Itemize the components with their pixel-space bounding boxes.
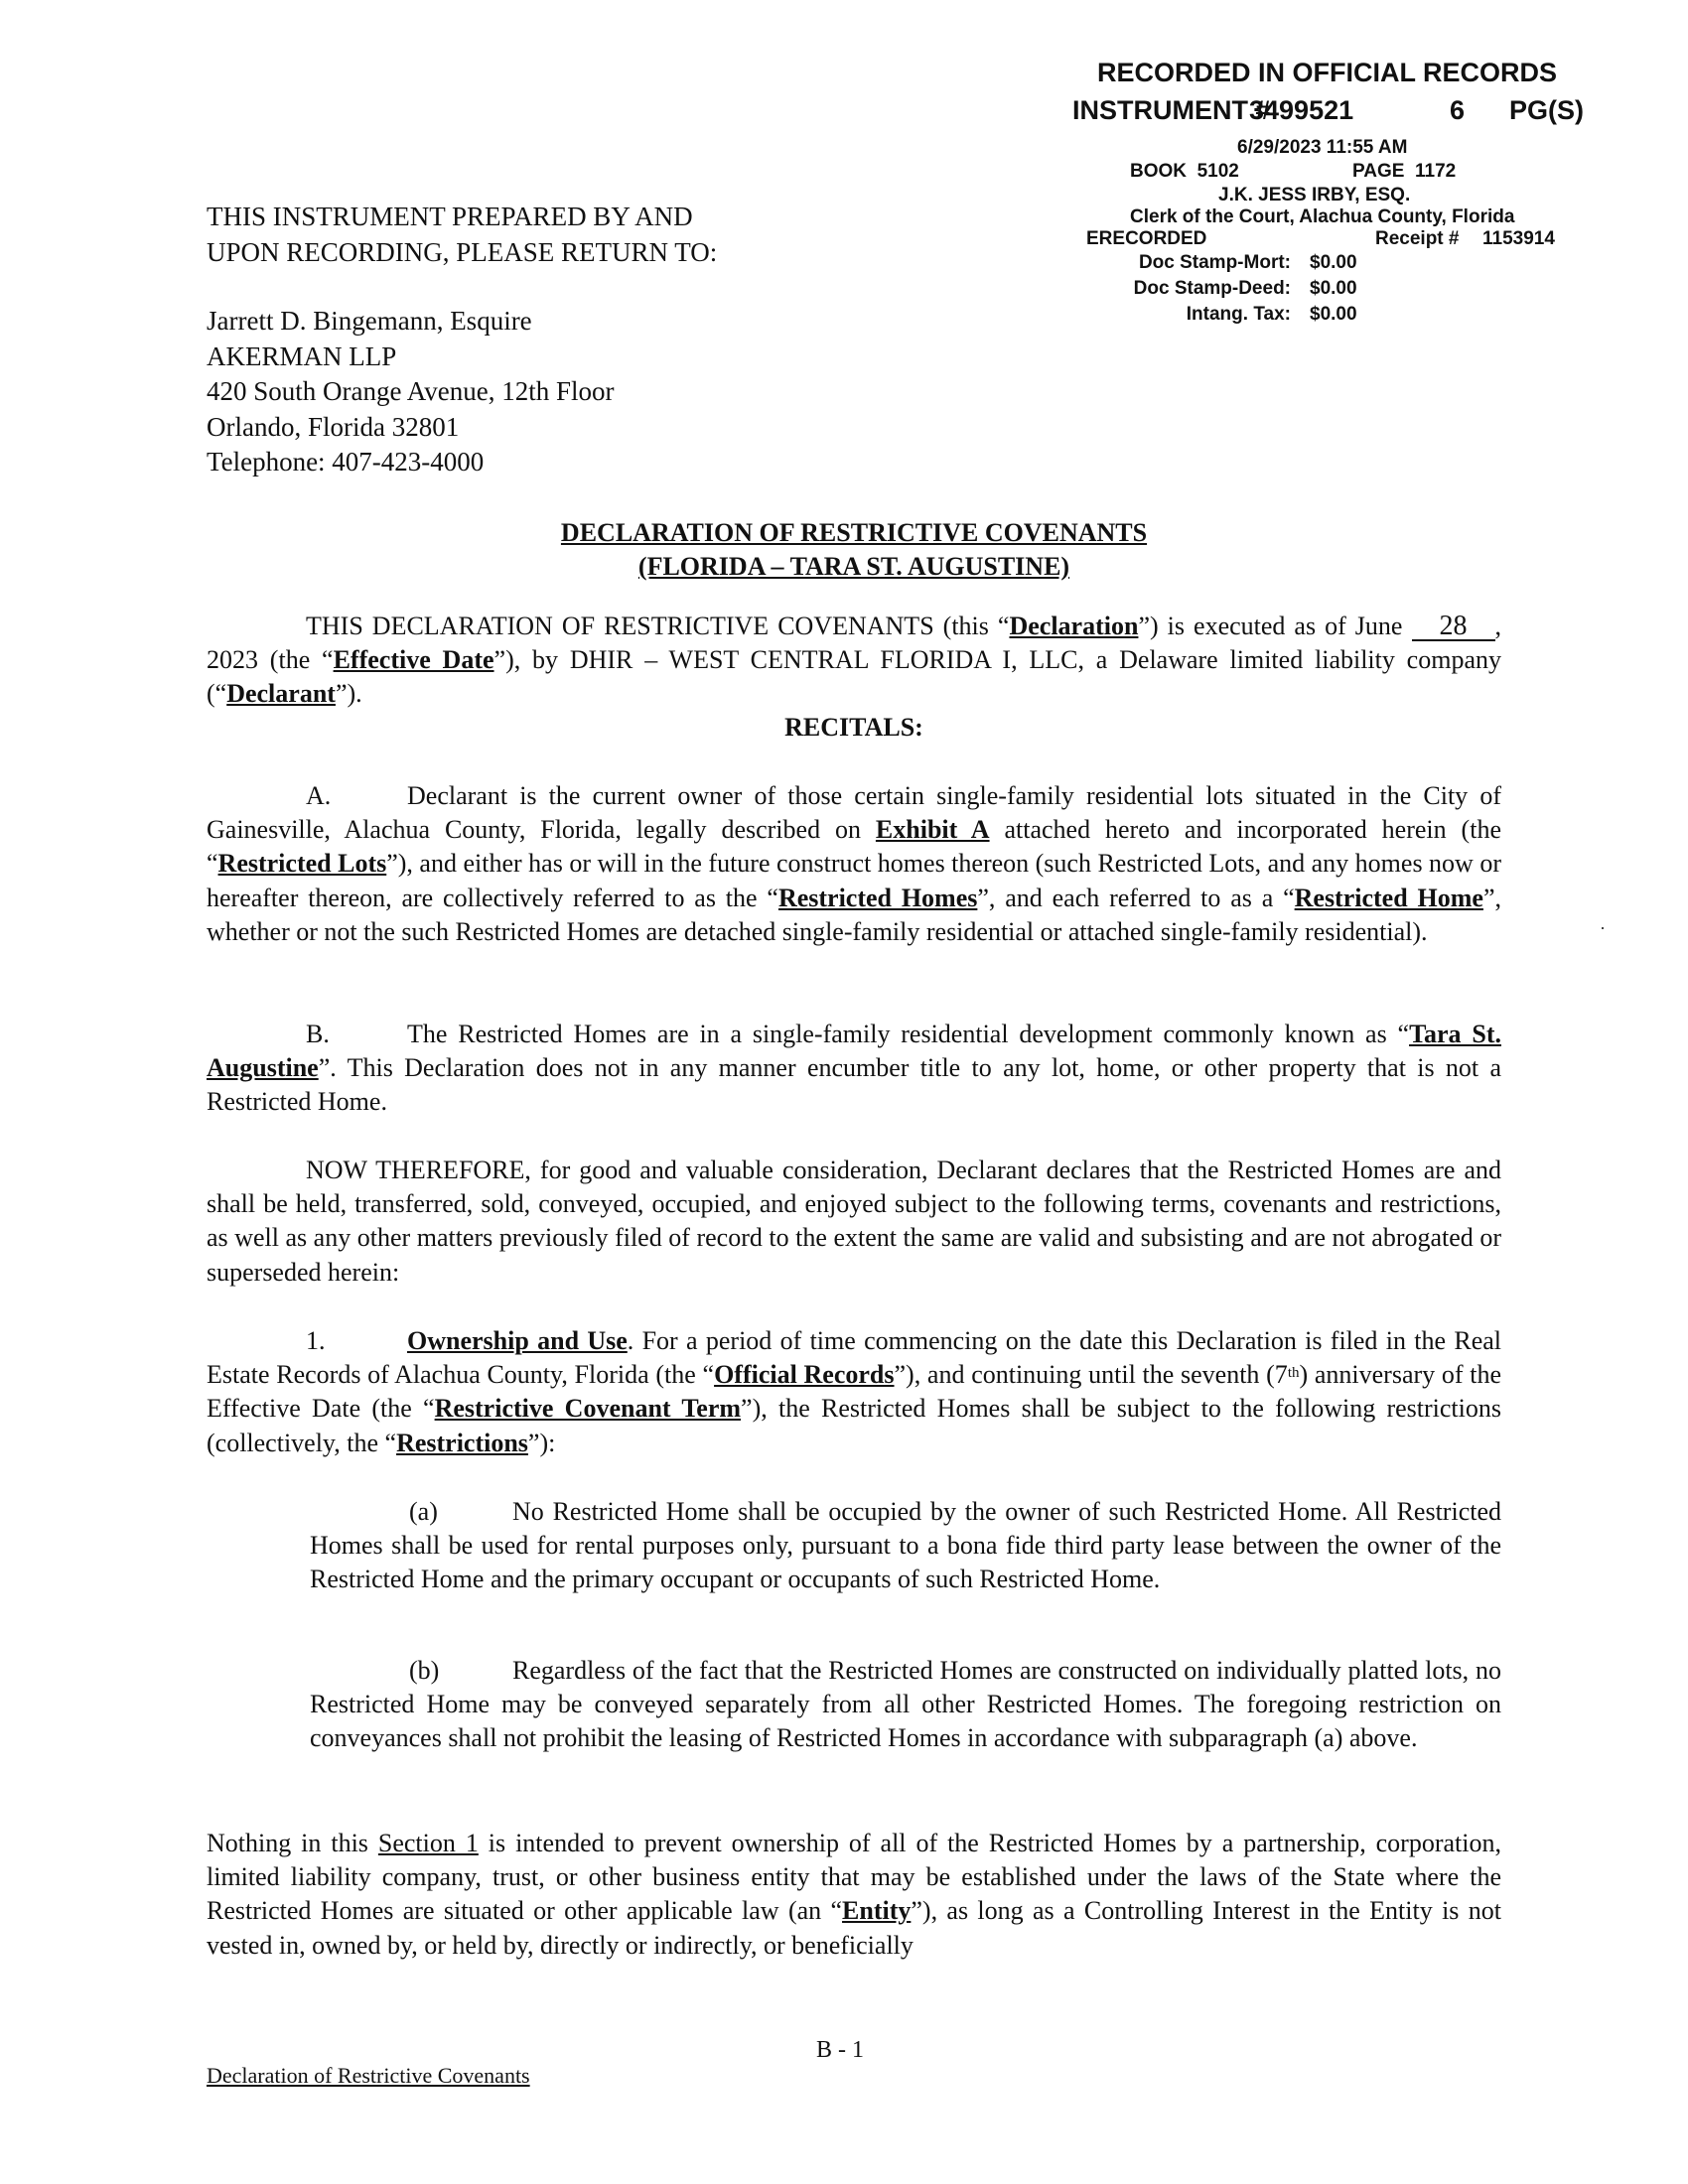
prepared-by-block: THIS INSTRUMENT PREPARED BY AND UPON REC… (207, 199, 717, 270)
instrument-label: INSTRUMENT # (1072, 95, 1271, 125)
effective-day: 28 (1412, 614, 1495, 641)
fee-label: Intang. Tax: (1072, 304, 1291, 326)
now-therefore-paragraph: NOW THEREFORE, for good and valuable con… (207, 1154, 1501, 1290)
fee-label: Doc Stamp-Deed: (1072, 278, 1291, 300)
return-address: Jarrett D. Bingemann, Esquire AKERMAN LL… (207, 304, 614, 480)
book-number: 5102 (1197, 161, 1239, 182)
subparagraph-a: (a)No Restricted Home shall be occupied … (310, 1495, 1501, 1597)
firm-name: AKERMAN LLP (207, 340, 614, 375)
recorded-datetime: 6/29/2023 11:55 AM (1237, 137, 1407, 159)
scan-speck (1602, 927, 1604, 929)
defined-term: Restricted Homes (778, 884, 977, 912)
defined-term: Restricted Home (1295, 884, 1483, 912)
footer-title: Declaration of Restrictive Covenants (207, 2063, 530, 2089)
clerk-name: J.K. JESS IRBY, ESQ. (1218, 185, 1410, 206)
nothing-paragraph: Nothing in this Section 1 is intended to… (207, 1827, 1501, 1963)
subparagraph-b: (b)Regardless of the fact that the Restr… (310, 1654, 1501, 1756)
section-number: 1. (306, 1324, 407, 1358)
subparagraph-label: (a) (409, 1495, 512, 1529)
recital-a: A.Declarant is the current owner of thos… (207, 779, 1501, 949)
recital-label: B. (306, 1018, 407, 1051)
document-title: DECLARATION OF RESTRICTIVE COVENANTS (207, 518, 1501, 548)
section-reference: Section 1 (378, 1829, 479, 1857)
defined-term: Restricted Lots (218, 849, 387, 878)
clerk-title: Clerk of the Court, Alachua County, Flor… (1130, 206, 1514, 228)
document-subtitle: (FLORIDA – TARA ST. AUGUSTINE) (207, 552, 1501, 582)
recital-b: B.The Restricted Homes are in a single-f… (207, 1018, 1501, 1120)
exhibit-reference: Exhibit A (876, 815, 990, 844)
subparagraph-label: (b) (409, 1654, 512, 1688)
defined-term: Effective Date (334, 645, 494, 674)
defined-term: Official Records (714, 1360, 894, 1389)
page-count-label: PG(S) (1509, 95, 1584, 126)
recording-method: ERECORDED (1086, 228, 1206, 250)
defined-term: Entity (842, 1896, 911, 1925)
section-heading: Ownership and Use (407, 1326, 628, 1355)
stamp-header: RECORDED IN OFFICIAL RECORDS (1097, 58, 1557, 88)
recital-label: A. (306, 779, 407, 813)
book-info: BOOK 5102 (1130, 161, 1239, 183)
intro-paragraph: THIS DECLARATION OF RESTRICTIVE COVENANT… (207, 610, 1501, 712)
receipt-number: 1153914 (1482, 228, 1555, 250)
fee-amount: $0.00 (1310, 252, 1357, 274)
telephone: Telephone: 407-423-4000 (207, 445, 614, 480)
recitals-heading: RECITALS: (207, 713, 1501, 743)
fee-amount: $0.00 (1310, 278, 1357, 300)
defined-term: Restrictive Covenant Term (435, 1394, 741, 1423)
instrument-number: 3499521 (1249, 95, 1353, 126)
defined-term: Declarant (226, 679, 336, 708)
defined-term: Restrictions (396, 1429, 528, 1457)
stamp-instrument-line: INSTRUMENT # 3499521 6 PG(S) (1072, 95, 1271, 126)
page-info: PAGE 1172 (1352, 161, 1456, 183)
page-count: 6 (1450, 95, 1465, 126)
fee-label: Doc Stamp-Mort: (1072, 252, 1291, 274)
prepared-by-line2: UPON RECORDING, PLEASE RETURN TO: (207, 234, 717, 270)
defined-term: Declaration (1009, 612, 1138, 640)
page-number: B - 1 (816, 2037, 864, 2064)
fee-amount: $0.00 (1310, 304, 1357, 326)
city-state-zip: Orlando, Florida 32801 (207, 410, 614, 446)
attorney-name: Jarrett D. Bingemann, Esquire (207, 304, 614, 340)
section-1: 1.Ownership and Use. For a period of tim… (207, 1324, 1501, 1460)
page-number-stamp: 1172 (1415, 161, 1456, 182)
street-address: 420 South Orange Avenue, 12th Floor (207, 374, 614, 410)
prepared-by-line1: THIS INSTRUMENT PREPARED BY AND (207, 199, 717, 234)
receipt-label: Receipt # (1375, 228, 1459, 250)
